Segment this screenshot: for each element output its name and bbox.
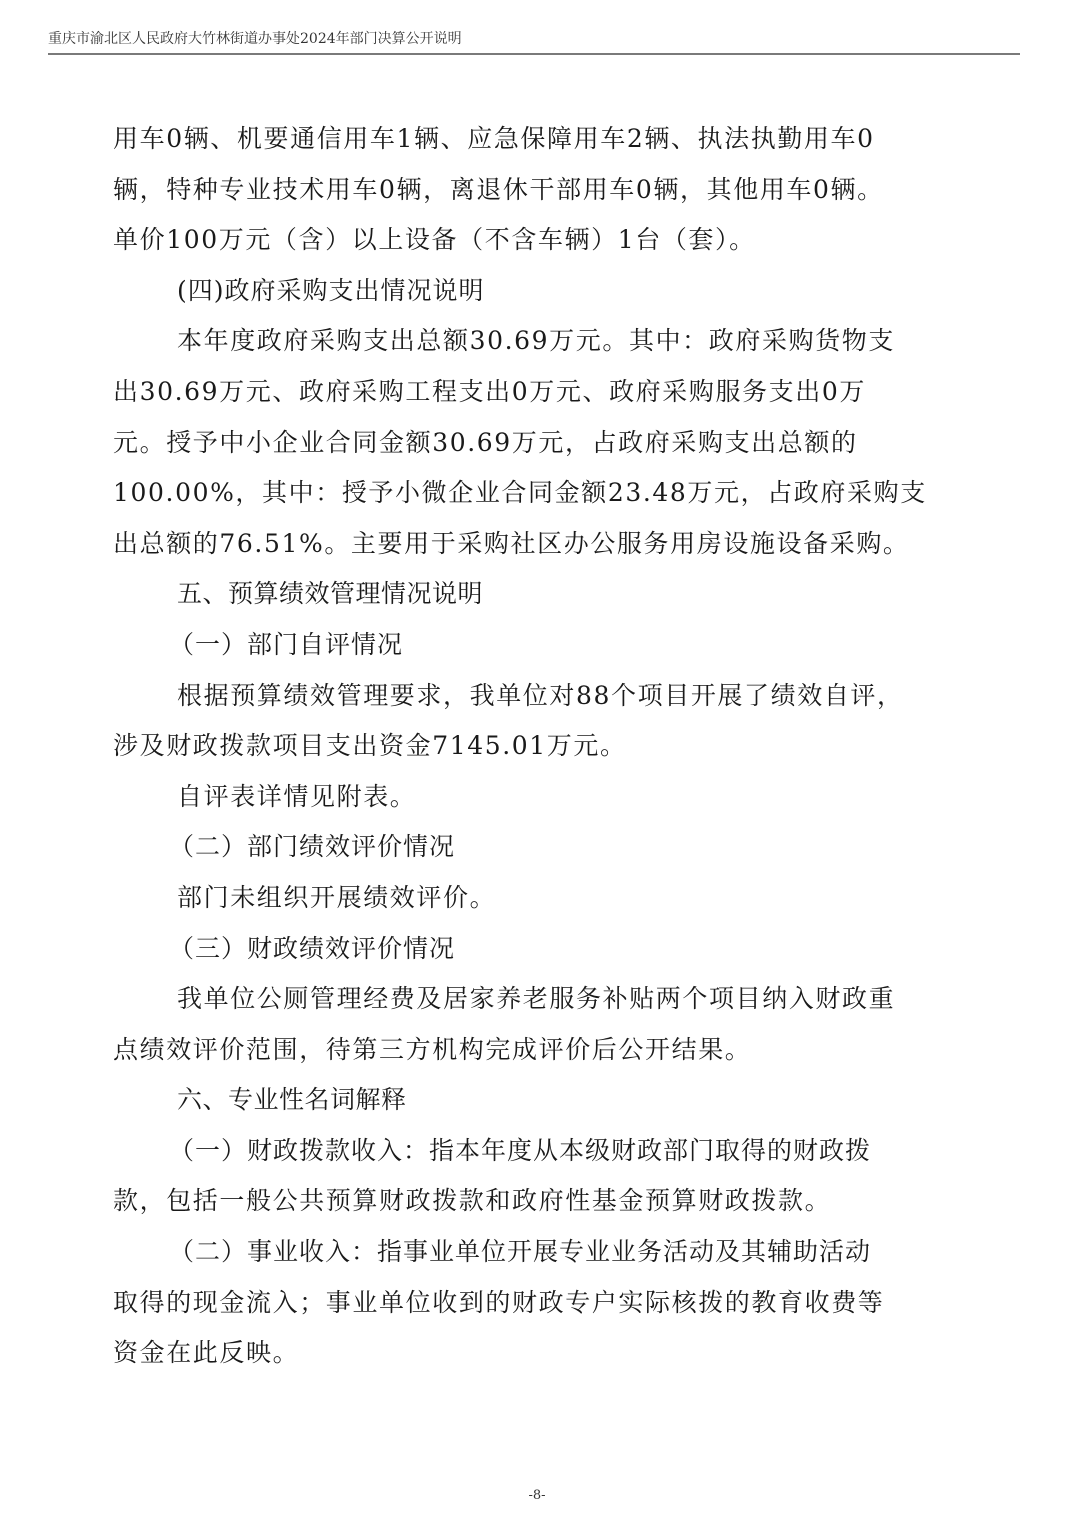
section-heading-glossary: 六、专业性名词解释 <box>113 1075 965 1126</box>
body-line: 辆，特种专业技术用车0辆，离退休干部用车0辆，其他用车0辆。 <box>113 165 965 216</box>
body-line: 元。授予中小企业合同金额30.69万元，占政府采购支出总额的 <box>113 418 965 469</box>
page-number: -8- <box>0 1488 1074 1503</box>
body-line: 用车0辆、机要通信用车1辆、应急保障用车2辆、执法执勤用车0 <box>113 114 965 165</box>
glossary-item-business-income: （二）事业收入：指事业单位开展专业业务活动及其辅助活动 <box>113 1227 965 1278</box>
body-paragraph-start: 本年度政府采购支出总额30.69万元。其中：政府采购货物支 <box>113 316 965 367</box>
subsection-heading-dept-eval: （二）部门绩效评价情况 <box>113 822 965 873</box>
body-paragraph-start: 根据预算绩效管理要求，我单位对88个项目开展了绩效自评， <box>113 671 965 722</box>
body-line: 单价100万元（含）以上设备（不含车辆）1台（套）。 <box>113 215 965 266</box>
document-body: 用车0辆、机要通信用车1辆、应急保障用车2辆、执法执勤用车0 辆，特种专业技术用… <box>113 114 965 1379</box>
document-header-title: 重庆市渝北区人民政府大竹林街道办事处2024年部门决算公开说明 <box>48 30 1020 48</box>
body-line: 涉及财政拨款项目支出资金7145.01万元。 <box>113 721 965 772</box>
body-line: 出30.69万元、政府采购工程支出0万元、政府采购服务支出0万 <box>113 367 965 418</box>
body-line: 点绩效评价范围，待第三方机构完成评价后公开结果。 <box>113 1025 965 1076</box>
subsection-heading-procurement: (四)政府采购支出情况说明 <box>113 266 965 317</box>
section-heading-performance: 五、预算绩效管理情况说明 <box>113 569 965 620</box>
subsection-heading-self-eval: （一）部门自评情况 <box>113 620 965 671</box>
header-divider <box>48 53 1020 55</box>
body-line: 100.00%，其中：授予小微企业合同金额23.48万元，占政府采购支 <box>113 468 965 519</box>
body-line: 取得的现金流入；事业单位收到的财政专户实际核拨的教育收费等 <box>113 1278 965 1329</box>
body-line: 款，包括一般公共预算财政拨款和政府性基金预算财政拨款。 <box>113 1176 965 1227</box>
body-line: 资金在此反映。 <box>113 1328 965 1379</box>
body-paragraph-start: 自评表详情见附表。 <box>113 772 965 823</box>
glossary-item-fiscal-income: （一）财政拨款收入：指本年度从本级财政部门取得的财政拨 <box>113 1126 965 1177</box>
body-paragraph-start: 我单位公厕管理经费及居家养老服务补贴两个项目纳入财政重 <box>113 974 965 1025</box>
subsection-heading-finance-eval: （三）财政绩效评价情况 <box>113 924 965 975</box>
body-line: 出总额的76.51%。主要用于采购社区办公服务用房设施设备采购。 <box>113 519 965 570</box>
body-paragraph-start: 部门未组织开展绩效评价。 <box>113 873 965 924</box>
